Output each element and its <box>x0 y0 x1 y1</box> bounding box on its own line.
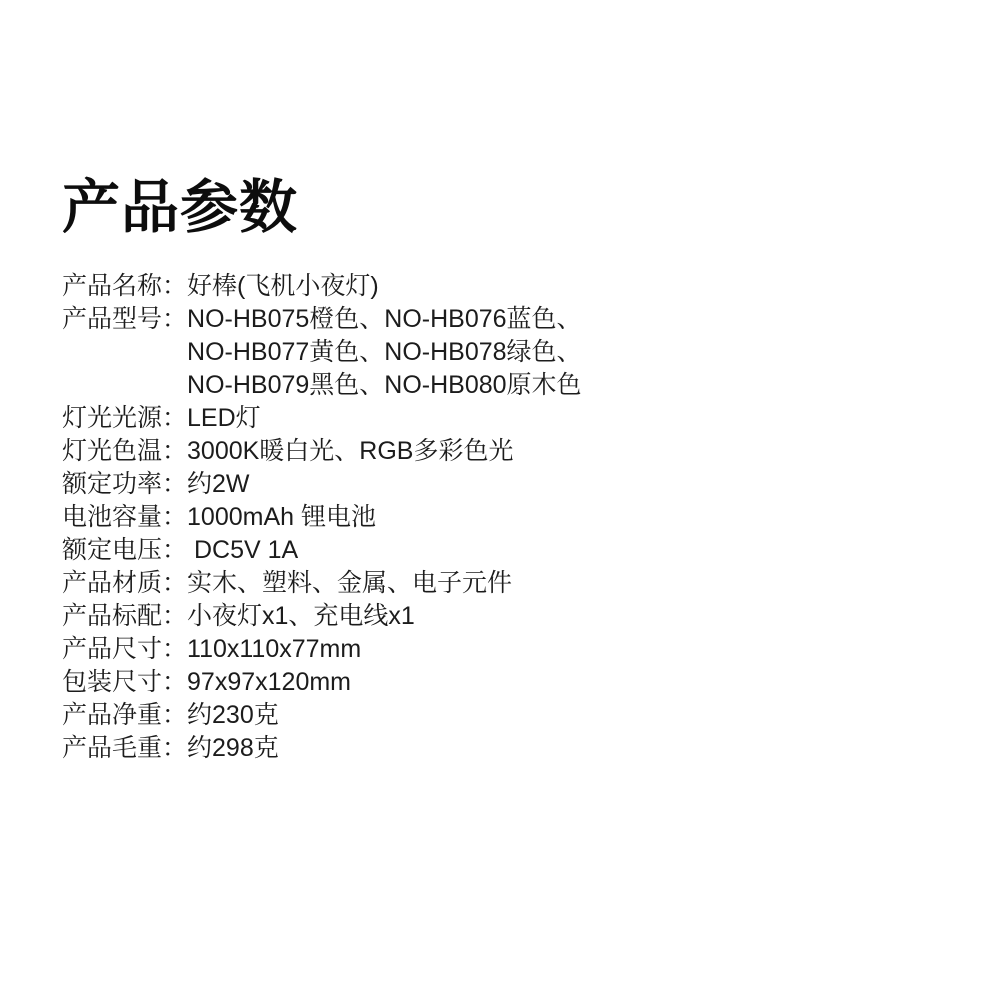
spec-row: 产品型号： NO-HB075橙色、NO-HB076蓝色、 NO-HB077黄色、… <box>62 303 924 402</box>
spec-value: 小夜灯x1、充电线x1 <box>187 600 924 633</box>
spec-row: 灯光光源： LED灯 <box>62 402 924 435</box>
spec-label: 包装尺寸： <box>62 666 187 699</box>
spec-label: 产品毛重： <box>62 732 187 765</box>
spec-row: 产品尺寸： 110x110x77mm <box>62 633 924 666</box>
spec-value: 1000mAh 锂电池 <box>187 501 924 534</box>
spec-value: 约2W <box>187 468 924 501</box>
spec-value: 97x97x120mm <box>187 666 924 699</box>
page-title: 产品参数 <box>62 179 924 237</box>
spec-row: 额定功率： 约2W <box>62 468 924 501</box>
spec-value: 实木、塑料、金属、电子元件 <box>187 567 924 600</box>
spec-row: 产品标配： 小夜灯x1、充电线x1 <box>62 600 924 633</box>
spec-row: 灯光色温： 3000K暖白光、RGB多彩色光 <box>62 435 924 468</box>
spec-value: 好棒(飞机小夜灯) <box>187 270 924 303</box>
spec-label: 产品净重： <box>62 699 187 732</box>
spec-row: 产品名称： 好棒(飞机小夜灯) <box>62 270 924 303</box>
spec-label: 产品名称： <box>62 270 187 303</box>
spec-label: 额定电压： <box>62 534 187 567</box>
spec-label: 产品材质： <box>62 567 187 600</box>
spec-value: 110x110x77mm <box>187 633 924 666</box>
product-spec-sheet: 产品参数 产品名称： 好棒(飞机小夜灯) 产品型号： NO-HB075橙色、NO… <box>0 0 984 984</box>
spec-list: 产品名称： 好棒(飞机小夜灯) 产品型号： NO-HB075橙色、NO-HB07… <box>62 270 924 765</box>
spec-label: 产品型号： <box>62 303 187 336</box>
spec-label: 灯光光源： <box>62 402 187 435</box>
spec-row: 额定电压： DC5V 1A <box>62 534 924 567</box>
spec-row: 产品净重： 约230克 <box>62 699 924 732</box>
spec-value: DC5V 1A <box>187 534 924 567</box>
spec-value: NO-HB075橙色、NO-HB076蓝色、 NO-HB077黄色、NO-HB0… <box>187 303 924 402</box>
spec-row: 产品毛重： 约298克 <box>62 732 924 765</box>
spec-row: 电池容量： 1000mAh 锂电池 <box>62 501 924 534</box>
spec-label: 产品标配： <box>62 600 187 633</box>
spec-value: 3000K暖白光、RGB多彩色光 <box>187 435 924 468</box>
spec-value: LED灯 <box>187 402 924 435</box>
spec-label: 额定功率： <box>62 468 187 501</box>
spec-label: 灯光色温： <box>62 435 187 468</box>
spec-row: 包装尺寸： 97x97x120mm <box>62 666 924 699</box>
spec-label: 产品尺寸： <box>62 633 187 666</box>
spec-value: 约230克 <box>187 699 924 732</box>
spec-label: 电池容量： <box>62 501 187 534</box>
spec-value: 约298克 <box>187 732 924 765</box>
spec-row: 产品材质： 实木、塑料、金属、电子元件 <box>62 567 924 600</box>
